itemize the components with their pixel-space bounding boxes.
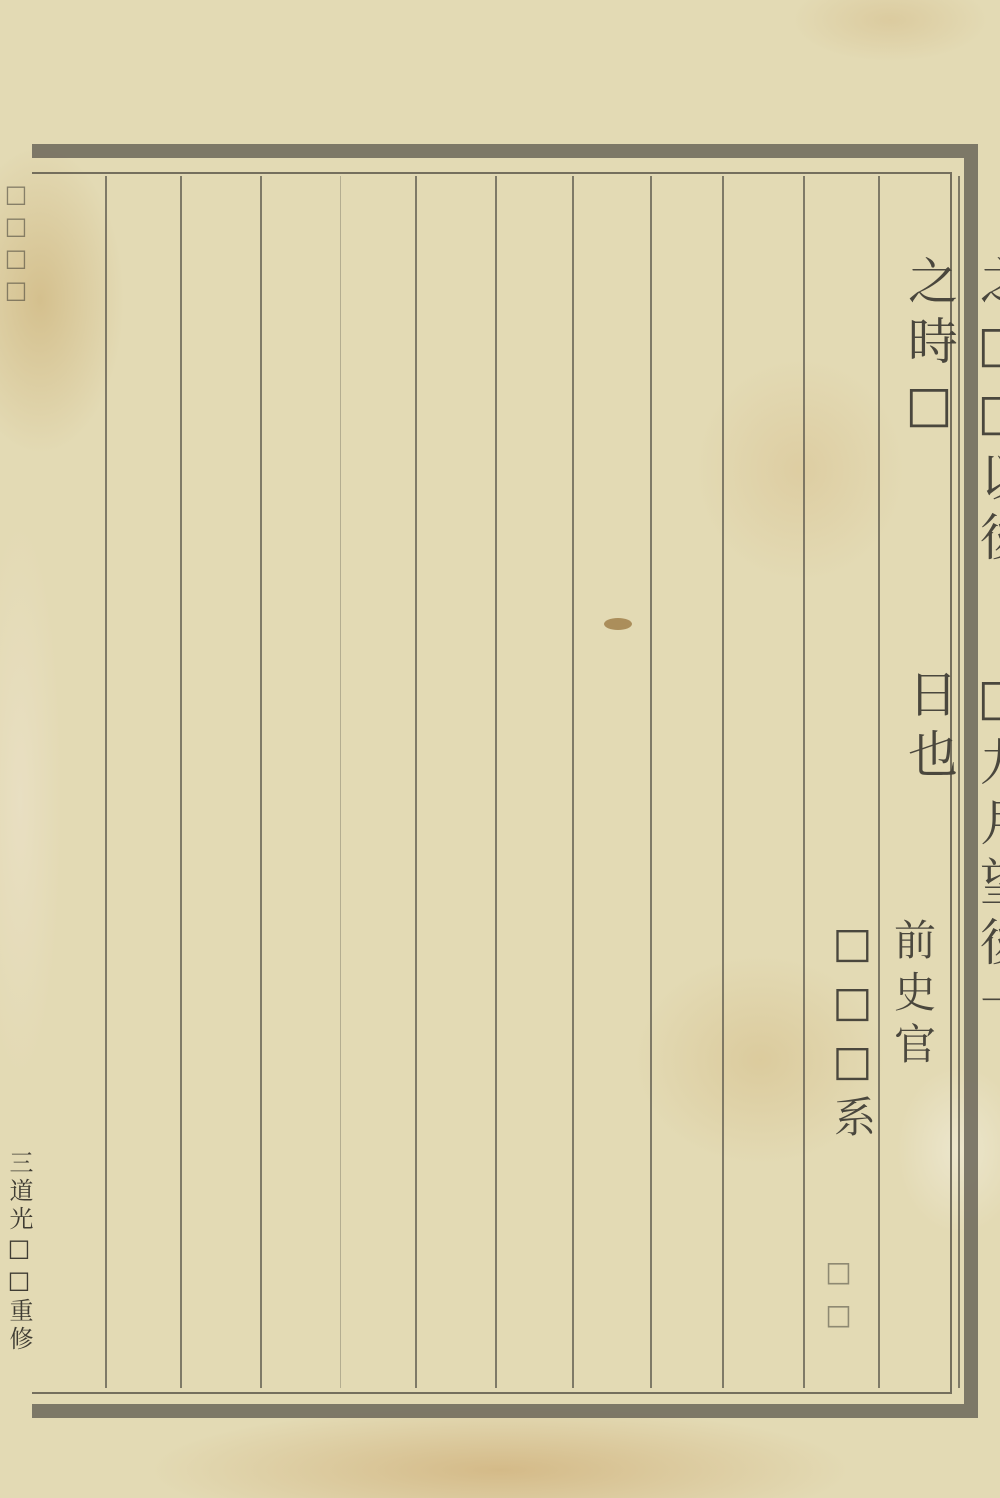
column-line [572,176,574,1388]
signature-column: 前史官□□□系 [822,918,942,1218]
column-line [260,176,262,1388]
column-line [495,176,497,1388]
margin-edition-note: 三道光□□重修 [2,1150,37,1354]
column-line [803,176,805,1388]
seal-marks: □□ [822,1255,855,1341]
text-column-1: 之□□以後之時□ [893,255,1000,615]
column-line [180,176,182,1388]
ink-stain [604,618,632,630]
column-line [650,176,652,1388]
column-line [415,176,417,1388]
column-line [105,176,107,1388]
margin-title: □□□□ [2,180,30,308]
column-line [340,176,341,1388]
column-line [722,176,724,1388]
inner-border [32,172,952,1394]
book-page: 之□□以後之時□ □九月望後一日也 前史官□□□系 □□ □□□□ 三道光□□重… [0,0,1000,1498]
